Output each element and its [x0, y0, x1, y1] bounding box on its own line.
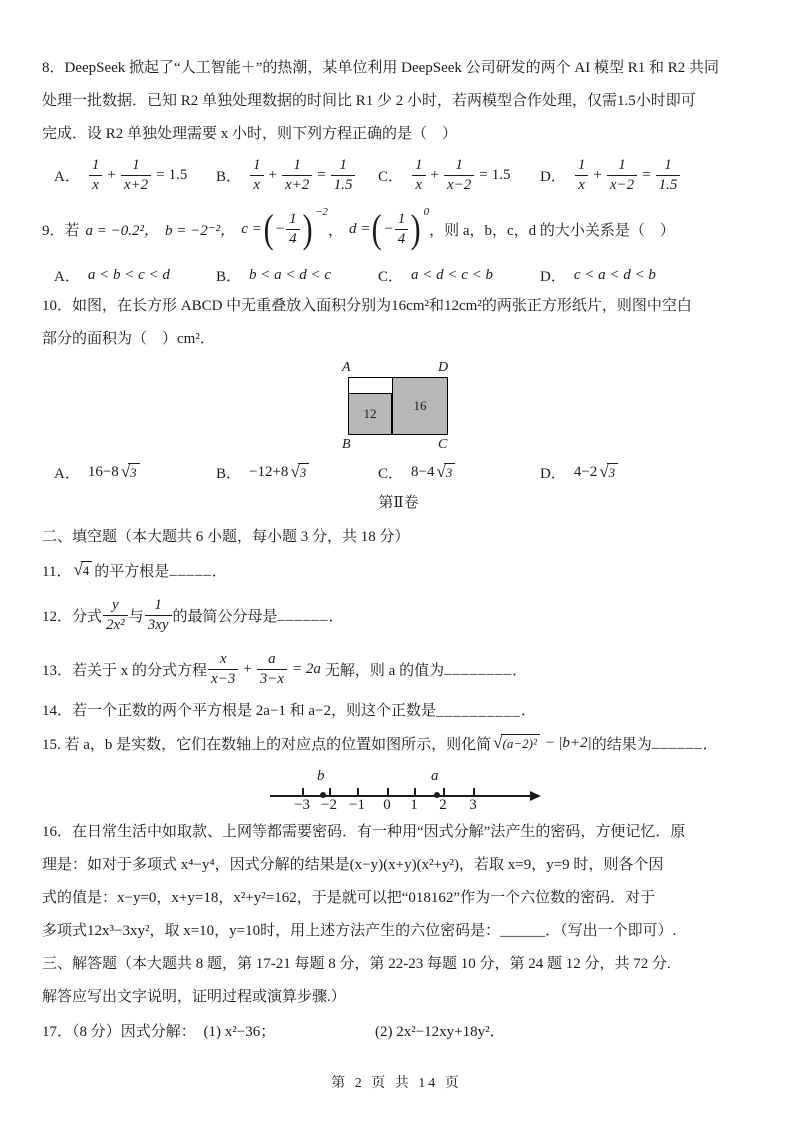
fraction-denominator: x	[89, 175, 103, 194]
option-label: A．	[54, 165, 80, 186]
large-square: 16	[392, 377, 448, 435]
fraction: 11.5	[331, 157, 356, 193]
radical: √4	[73, 561, 92, 580]
fraction-numerator: 1	[250, 157, 264, 175]
point-b-label: b	[317, 768, 325, 785]
option-8-c: C． 1x + 1x−2 = 1.5	[378, 157, 540, 193]
fraction-numerator: 1	[395, 211, 409, 229]
radical: √3	[290, 463, 309, 482]
fraction-numerator: 1	[575, 157, 589, 175]
fraction: xx−3	[208, 651, 238, 687]
question-16-line-2: 理是：如对于多项式 x⁴−y⁴，因式分解的结果是(x−y)(x+y)(x²+y²…	[42, 855, 755, 875]
value-a: a = −0.2²，	[86, 219, 160, 240]
option-9-d: D． c < a < d < b	[540, 265, 656, 286]
tick-mark	[473, 788, 475, 796]
rhs-value: 1.5	[169, 167, 188, 184]
question-11: 11． √4 的平方根是 _____ ．	[42, 560, 755, 581]
option-label: C．	[378, 462, 403, 483]
fraction-numerator: 1	[656, 157, 681, 175]
minus-sign: −	[384, 221, 394, 238]
fraction-denominator: 1.5	[656, 175, 681, 194]
fraction: y2x²	[103, 597, 128, 633]
option-8-a: A． 1x + 1x+2 = 1.5	[54, 157, 216, 193]
option-label: D．	[540, 265, 566, 286]
large-square-area: 16	[414, 398, 427, 414]
tick-label: −3	[289, 797, 315, 814]
fraction-denominator: x	[575, 175, 589, 194]
question-16-line-3: 式的值是：x−y=0，x+y=18，x²+y²=162，于是就可以把“01816…	[42, 888, 755, 908]
fraction: 1x	[412, 157, 426, 193]
minus-operator: −	[546, 735, 554, 752]
option-10-a: A． 16−8 √3	[54, 462, 216, 483]
close-paren: )	[411, 212, 421, 246]
part-2-title: 第Ⅱ卷	[42, 493, 755, 513]
fraction-numerator: x	[208, 651, 238, 669]
question-8-line-2: 处理一批数据．已知 R2 单独处理数据的时间比 R1 少 2 小时，若两模型合作…	[42, 91, 755, 111]
option-label: D．	[540, 165, 566, 186]
option-label: D．	[540, 462, 566, 483]
fraction-numerator: 1	[444, 157, 474, 175]
option-label: B．	[216, 165, 241, 186]
question-11-pre: 11．	[42, 560, 71, 581]
question-16-line-4: 多项式12x³−3xy²，取 x=10，y=10时，用上述方法产生的六位密码是：…	[42, 921, 755, 941]
close-paren: )	[302, 212, 312, 246]
number-line-figure: −3 −2 −1 0 1 2 3 b a	[270, 766, 555, 816]
vertex-label-a: A	[342, 361, 351, 375]
section-2-heading: 二、填空题（本大题共 6 小题，每小题 3 分，共 18 分）	[42, 527, 755, 547]
value-c-lhs: c =	[241, 221, 262, 238]
question-9-options: A． a < b < c < d B． b < a < d < c C． a <…	[54, 265, 755, 286]
option-label: C．	[378, 265, 403, 286]
option-prefix: −12+8	[249, 464, 288, 481]
option-expression: a < b < c < d	[88, 267, 170, 284]
fraction-numerator: a	[257, 651, 287, 669]
point-a-dot	[434, 792, 440, 798]
tick-label: 2	[430, 797, 456, 814]
question-8-line-1: 8．DeepSeek 掀起了“人工智能＋”的热潮，某单位利用 DeepSeek …	[42, 58, 755, 78]
fraction-numerator: 1	[282, 157, 312, 175]
value-d-lhs: d =	[349, 221, 370, 238]
question-10: 10．如图，在长方形 ABCD 中无重叠放入面积分别为16cm²和12cm²的两…	[42, 296, 755, 483]
period: ．	[212, 560, 227, 581]
small-square-area: 12	[364, 406, 377, 422]
fraction-numerator: 1	[121, 157, 151, 175]
fraction: 1x	[575, 157, 589, 193]
fraction-denominator: x−3	[208, 669, 238, 688]
question-12: 12．分式 y2x² 与 13xy 的最简公分母是 ______ ．	[42, 593, 755, 637]
fraction-denominator: 1.5	[331, 175, 356, 194]
fraction-denominator: x	[250, 175, 264, 194]
number-line-arrowhead	[530, 791, 541, 801]
section-3-heading: 三、解答题（本大题共 8 题，第 17-21 每题 8 分，第 22-23 每题…	[42, 954, 755, 1007]
question-15-pre: 15. 若 a，b 是实数，它们在数轴上的对应点的位置如图所示，则化简	[42, 733, 491, 754]
tick-mark	[357, 788, 359, 796]
fraction: 11.5	[656, 157, 681, 193]
fraction: 1x	[89, 157, 103, 193]
answer-blank: ________	[444, 661, 512, 678]
fraction-denominator: 4	[286, 229, 300, 248]
question-17-pre: 17．（8 分）因式分解：	[42, 1024, 196, 1040]
equals-expression: = 2a	[292, 661, 321, 678]
exam-page: 8．DeepSeek 掀起了“人工智能＋”的热潮，某单位利用 DeepSeek …	[0, 0, 793, 1122]
answer-blank: _____	[169, 562, 212, 579]
tick-label: −1	[344, 797, 370, 814]
radicand: 3	[444, 463, 456, 480]
plus-operator: +	[107, 167, 115, 184]
option-expression: c < a < d < b	[574, 267, 656, 284]
plus-operator: +	[243, 661, 251, 678]
option-prefix: 16−8	[88, 464, 119, 481]
fraction: 14	[395, 211, 409, 247]
equals-operator: =	[317, 167, 325, 184]
question-12-post: 的最简公分母是	[173, 605, 278, 626]
fraction: 1x	[250, 157, 264, 193]
question-8-options: A． 1x + 1x+2 = 1.5 B． 1x + 1x+2 = 11.5 C…	[54, 157, 755, 193]
question-10-line-2: 部分的面积为（ ）cm²．	[42, 329, 755, 349]
question-15-post: 的结果为	[592, 733, 652, 754]
fraction: a3−x	[257, 651, 287, 687]
option-9-b: B． b < a < d < c	[216, 265, 378, 286]
vertex-label-b: B	[342, 438, 351, 452]
fraction: 1x+2	[121, 157, 151, 193]
radical: √3	[599, 463, 618, 482]
question-17-part-2: (2) 2x²−12xy+18y²．	[375, 1024, 505, 1040]
exponent-d: 0	[424, 206, 430, 218]
fraction-denominator: 2x²	[103, 615, 128, 634]
point-b-dot	[320, 792, 326, 798]
question-8-line-3: 完成．设 R2 单独处理需要 x 小时，则下列方程正确的是（ ）	[42, 124, 755, 144]
radicand: 3	[298, 463, 310, 480]
period: ．	[521, 703, 536, 719]
vertex-label-c: C	[438, 438, 447, 452]
question-13: 13．若关于 x 的分式方程 xx−3 + a3−x = 2a 无解，则 a 的…	[42, 647, 755, 691]
fraction-numerator: 1	[286, 211, 300, 229]
question-9-statement: 9．若 a = −0.2²， b = −2⁻²， c = ( − 14 ) −2…	[42, 203, 755, 255]
option-label: B．	[216, 462, 241, 483]
option-8-b: B． 1x + 1x+2 = 11.5	[216, 157, 378, 193]
fraction: 1x−2	[444, 157, 474, 193]
fraction-denominator: 3−x	[257, 669, 287, 688]
fraction-numerator: 1	[412, 157, 426, 175]
question-10-line-1: 10．如图，在长方形 ABCD 中无重叠放入面积分别为16cm²和12cm²的两…	[42, 296, 755, 316]
option-10-c: C． 8−4 √3	[378, 462, 540, 483]
equals-operator: =	[156, 167, 164, 184]
question-8: 8．DeepSeek 掀起了“人工智能＋”的热潮，某单位利用 DeepSeek …	[42, 58, 755, 193]
fraction-denominator: x−2	[444, 175, 474, 194]
option-10-b: B． −12+8 √3	[216, 462, 378, 483]
minus-sign: −	[275, 221, 285, 238]
open-paren: (	[263, 212, 273, 246]
absolute-value-expression: |b+2|	[558, 735, 591, 752]
radical: √3	[436, 463, 455, 482]
option-label: B．	[216, 265, 241, 286]
fraction-denominator: x	[412, 175, 426, 194]
plus-operator: +	[593, 167, 601, 184]
question-14: 14．若一个正数的两个平方根是 2a−1 和 a−2，则这个正数是_______…	[42, 701, 755, 721]
answer-blank: ______	[652, 735, 703, 752]
rectangle-figure: A D 16 12 B C	[336, 362, 468, 454]
tick-mark	[387, 788, 389, 796]
fraction: 1x−2	[607, 157, 637, 193]
tick-label: 1	[401, 797, 427, 814]
option-8-d: D． 1x + 1x−2 = 11.5	[540, 157, 681, 193]
radicand: (a−2)²	[501, 734, 540, 751]
question-11-post: 的平方根是	[94, 560, 169, 581]
option-prefix: 4−2	[574, 464, 597, 481]
vertex-label-d: D	[438, 361, 448, 375]
equals-operator: =	[479, 167, 487, 184]
section-3-line-1: 三、解答题（本大题共 8 题，第 17-21 每题 8 分，第 22-23 每题…	[42, 954, 755, 974]
exponent-c: −2	[315, 206, 328, 218]
fraction-numerator: y	[103, 597, 128, 615]
option-expression: b < a < d < c	[249, 267, 331, 284]
tick-label: 0	[374, 797, 400, 814]
option-prefix: 8−4	[411, 464, 434, 481]
question-17: 17．（8 分）因式分解： (1) x²−36； (2) 2x²−12xy+18…	[42, 1020, 755, 1041]
fraction-denominator: x−2	[607, 175, 637, 194]
page-number-footer: 第 2 页 共 14 页	[0, 1072, 793, 1092]
question-9-outro: ，则 a，b，c，d 的大小关系是（ ）	[429, 219, 675, 240]
small-square: 12	[348, 393, 392, 435]
fraction: 14	[286, 211, 300, 247]
fraction: 13xy	[145, 597, 172, 633]
fraction: 1x+2	[282, 157, 312, 193]
question-13-post: 无解，则 a 的值为	[325, 659, 444, 680]
tick-mark	[302, 788, 304, 796]
equals-operator: =	[642, 167, 650, 184]
fraction-numerator: 1	[607, 157, 637, 175]
question-13-pre: 13．若关于 x 的分式方程	[42, 659, 207, 680]
question-14-text: 14．若一个正数的两个平方根是 2a−1 和 a−2，则这个正数是	[42, 703, 436, 719]
plus-operator: +	[269, 167, 277, 184]
tick-label: −2	[316, 797, 342, 814]
question-16-line-1: 16．在日常生活中如取款、上网等都需要密码．有一种用“因式分解”法产生的密码，方…	[42, 822, 755, 842]
rhs-value: 1.5	[492, 167, 511, 184]
fraction-numerator: 1	[145, 597, 172, 615]
option-10-d: D． 4−2 √3	[540, 462, 620, 483]
radicand: 4	[81, 561, 93, 578]
fraction-denominator: 4	[395, 229, 409, 248]
option-label: A．	[54, 462, 80, 483]
tick-label: 3	[460, 797, 486, 814]
option-9-a: A． a < b < c < d	[54, 265, 216, 286]
option-label: A．	[54, 265, 80, 286]
section-3-line-2: 解答应写出文字说明，证明过程或演算步骤.）	[42, 987, 755, 1007]
question-10-options: A． 16−8 √3 B． −12+8 √3 C． 8−4 √3 D． 4−2	[54, 462, 755, 483]
question-9-intro: 9．若	[42, 219, 80, 240]
fraction-denominator: 3xy	[145, 615, 172, 634]
fraction-denominator: x+2	[121, 175, 151, 194]
question-15: 15. 若 a，b 是实数，它们在数轴上的对应点的位置如图所示，则化简 √(a−…	[42, 733, 755, 754]
period: ．	[329, 605, 344, 626]
answer-blank: ______	[278, 607, 329, 624]
option-9-c: C． a < d < c < b	[378, 265, 540, 286]
fraction-numerator: 1	[89, 157, 103, 175]
period: ．	[703, 733, 718, 754]
tick-mark	[443, 788, 445, 796]
answer-blank: __________	[436, 703, 521, 719]
point-a-label: a	[431, 768, 439, 785]
fraction-numerator: 1	[331, 157, 356, 175]
fraction-denominator: x+2	[282, 175, 312, 194]
question-12-mid: 与	[129, 605, 144, 626]
open-paren: (	[372, 212, 382, 246]
radical: √3	[121, 463, 140, 482]
option-label: C．	[378, 165, 403, 186]
question-17-part-1: (1) x²−36；	[204, 1024, 276, 1040]
question-12-pre: 12．分式	[42, 605, 102, 626]
page-content: 8．DeepSeek 掀起了“人工智能＋”的热潮，某单位利用 DeepSeek …	[0, 0, 793, 1041]
radicand: 3	[607, 463, 619, 480]
tick-mark	[329, 788, 331, 796]
period: ．	[512, 659, 527, 680]
comma: ，	[328, 219, 343, 240]
option-expression: a < d < c < b	[411, 267, 493, 284]
plus-operator: +	[431, 167, 439, 184]
question-9: 9．若 a = −0.2²， b = −2⁻²， c = ( − 14 ) −2…	[42, 203, 755, 286]
question-16: 16．在日常生活中如取款、上网等都需要密码．有一种用“因式分解”法产生的密码，方…	[42, 822, 755, 941]
tick-mark	[414, 788, 416, 796]
value-b: b = −2⁻²，	[165, 219, 235, 240]
radical: √(a−2)²	[493, 734, 540, 753]
radicand: 3	[128, 463, 140, 480]
